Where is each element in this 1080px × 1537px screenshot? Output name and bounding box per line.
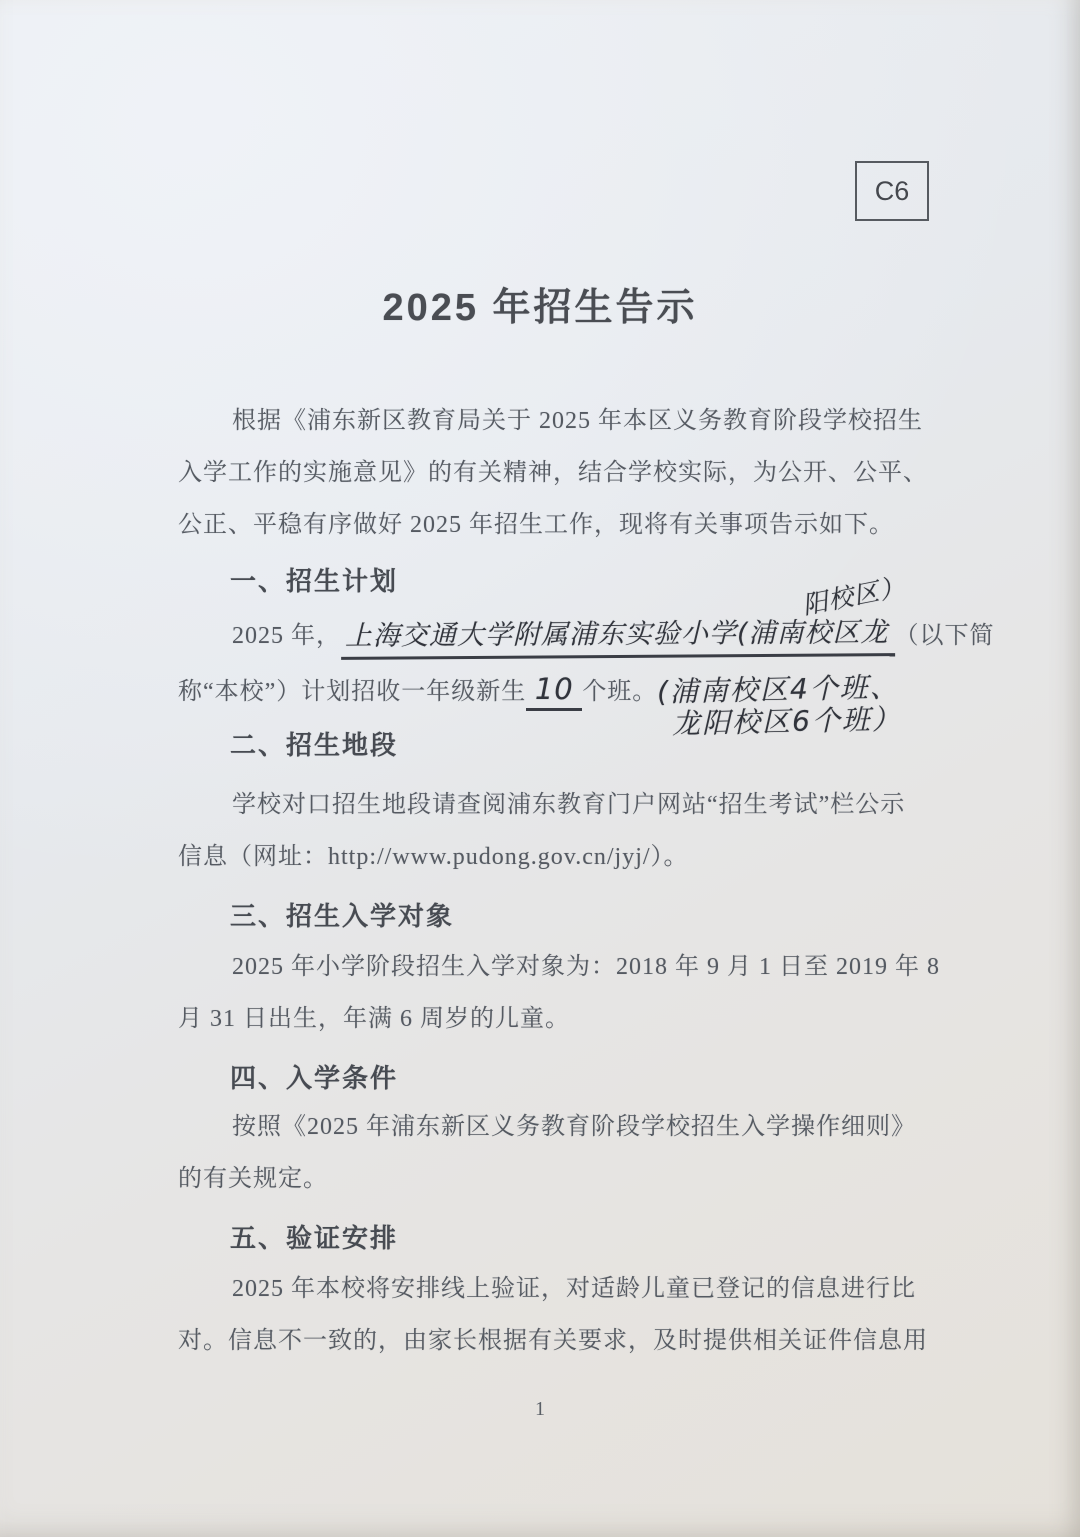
corner-label: C6 bbox=[875, 176, 910, 207]
section5-line-2: 对。信息不一致的，由家长根据有关要求，及时提供相关证件信息用 bbox=[178, 1324, 928, 1358]
section1-line2-printed-prefix: 称“本校”）计划招收一年级新生 bbox=[178, 679, 526, 705]
section1-line2-printed-mid: 个班。 bbox=[582, 679, 657, 705]
section1-line1-printed-suffix: （以下简 bbox=[895, 623, 995, 649]
intro-line-3: 公正、平稳有序做好 2025 年招生工作，现将有关事项告示如下。 bbox=[178, 508, 894, 542]
section2-heading: 二、招生地段 bbox=[230, 725, 398, 762]
section2-line-1: 学校对口招生地段请查阅浦东教育门户网站“招生考试”栏公示 bbox=[232, 788, 905, 822]
section5-heading: 五、验证安排 bbox=[230, 1218, 398, 1255]
section4-line-2: 的有关规定。 bbox=[178, 1162, 328, 1196]
section3-line-1: 2025 年小学阶段招生入学对象为：2018 年 9 月 1 日至 2019 年… bbox=[232, 950, 940, 984]
section4-line-1: 按照《2025 年浦东新区义务教育阶段学校招生入学操作细则》 bbox=[232, 1110, 916, 1144]
section3-line-2: 月 31 日出生，年满 6 周岁的儿童。 bbox=[178, 1002, 570, 1036]
handwritten-school-name: 上海交通大学附属浦东实验小学(浦南校区龙 bbox=[341, 616, 895, 660]
intro-line-1: 根据《浦东新区教育局关于 2025 年本区义务教育阶段学校招生 bbox=[232, 404, 923, 438]
section1-line-1: 2025 年，上海交通大学附属浦东实验小学(浦南校区龙（以下简 bbox=[232, 618, 995, 658]
section1-heading: 一、招生计划 bbox=[230, 561, 398, 598]
handwritten-longyang-note: 龙阳校区6个班） bbox=[672, 698, 903, 743]
section4-heading: 四、入学条件 bbox=[230, 1058, 398, 1095]
section3-heading: 三、招生入学对象 bbox=[230, 896, 454, 933]
handwritten-class-count-blank: 10 bbox=[526, 672, 582, 711]
section2-line-2: 信息（网址：http://www.pudong.gov.cn/jyj/）。 bbox=[178, 840, 689, 874]
page-number: 1 bbox=[0, 1398, 1080, 1421]
document-page: C6 2025 年招生告示 根据《浦东新区教育局关于 2025 年本区义务教育阶… bbox=[0, 0, 1080, 1537]
page-title: 2025 年招生告示 bbox=[0, 276, 1080, 331]
section1-line1-printed-prefix: 2025 年， bbox=[232, 623, 341, 649]
corner-label-box: C6 bbox=[855, 161, 929, 221]
handwritten-campus-superscript: 阳校区） bbox=[799, 567, 908, 622]
intro-line-2: 入学工作的实施意见》的有关精神，结合学校实际，为公开、公平、 bbox=[178, 456, 928, 490]
section5-line-1: 2025 年本校将安排线上验证，对适龄儿童已登记的信息进行比 bbox=[232, 1272, 916, 1306]
